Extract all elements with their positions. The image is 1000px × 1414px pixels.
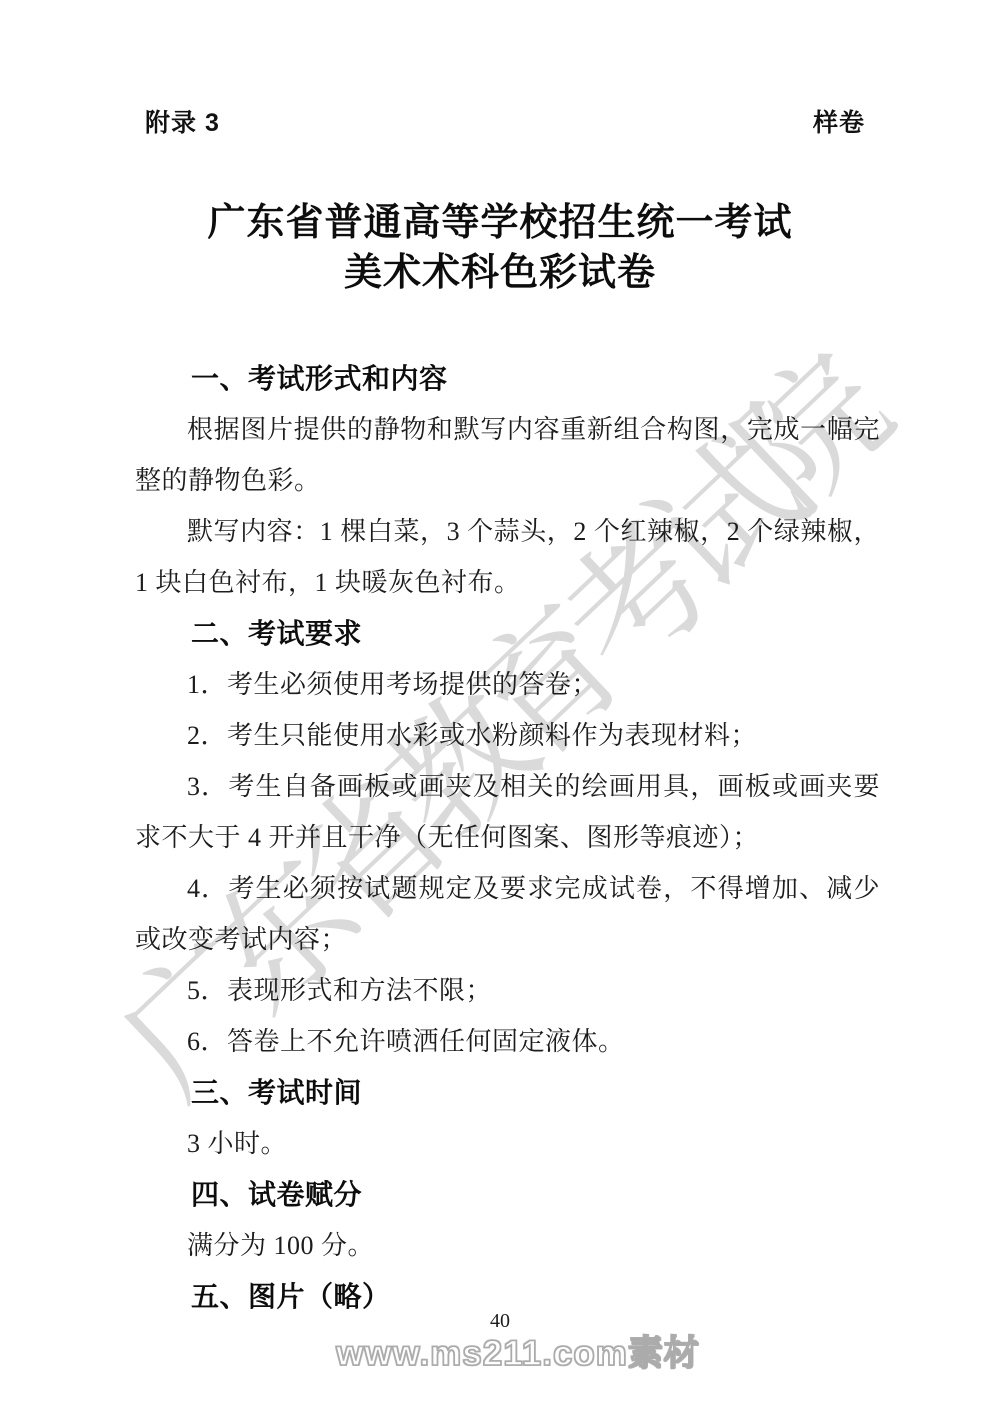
list-item: 5．表现形式和方法不限； <box>135 965 880 1016</box>
list-item: 6．答卷上不允许喷洒任何固定液体。 <box>135 1016 880 1067</box>
section-heading-exam-requirements: 二、考试要求 <box>135 608 880 659</box>
page-number: 40 <box>0 1308 1000 1334</box>
document-body: 一、考试形式和内容 根据图片提供的静物和默写内容重新组合构图，完成一幅完整的静物… <box>135 353 880 1322</box>
title-line-2: 美术术科色彩试卷 <box>0 248 1000 298</box>
document-title: 广东省普通高等学校招生统一考试 美术术科色彩试卷 <box>0 198 1000 298</box>
bottom-watermark: www.ms211.com素材 <box>336 1334 700 1374</box>
list-item: 3．考生自备画板或画夹及相关的绘画用具，画板或画夹要求不大于 4 开并且干净（无… <box>135 761 880 863</box>
section-heading-exam-form-content: 一、考试形式和内容 <box>135 353 880 404</box>
list-item: 2．考生只能使用水彩或水粉颜料作为表现材料； <box>135 710 880 761</box>
paragraph: 默写内容：1 棵白菜，3 个蒜头，2 个红辣椒，2 个绿辣椒，1 块白色衬布，1… <box>135 506 880 608</box>
section-heading-exam-scoring: 四、试卷赋分 <box>135 1169 880 1220</box>
appendix-label: 附录 3 <box>145 108 220 138</box>
paragraph: 3 小时。 <box>135 1118 880 1169</box>
document-page: 广东省教育考试院 附录 3 样卷 广东省普通高等学校招生统一考试 美术术科色彩试… <box>0 0 1000 1414</box>
page-header: 附录 3 样卷 <box>145 108 865 138</box>
paragraph: 根据图片提供的静物和默写内容重新组合构图，完成一幅完整的静物色彩。 <box>135 404 880 506</box>
section-heading-exam-duration: 三、考试时间 <box>135 1067 880 1118</box>
title-line-1: 广东省普通高等学校招生统一考试 <box>0 198 1000 248</box>
list-item: 1．考生必须使用考场提供的答卷； <box>135 659 880 710</box>
list-item: 4．考生必须按试题规定及要求完成试卷，不得增加、减少或改变考试内容； <box>135 863 880 965</box>
paragraph: 满分为 100 分。 <box>135 1220 880 1271</box>
sample-label: 样卷 <box>813 108 865 138</box>
